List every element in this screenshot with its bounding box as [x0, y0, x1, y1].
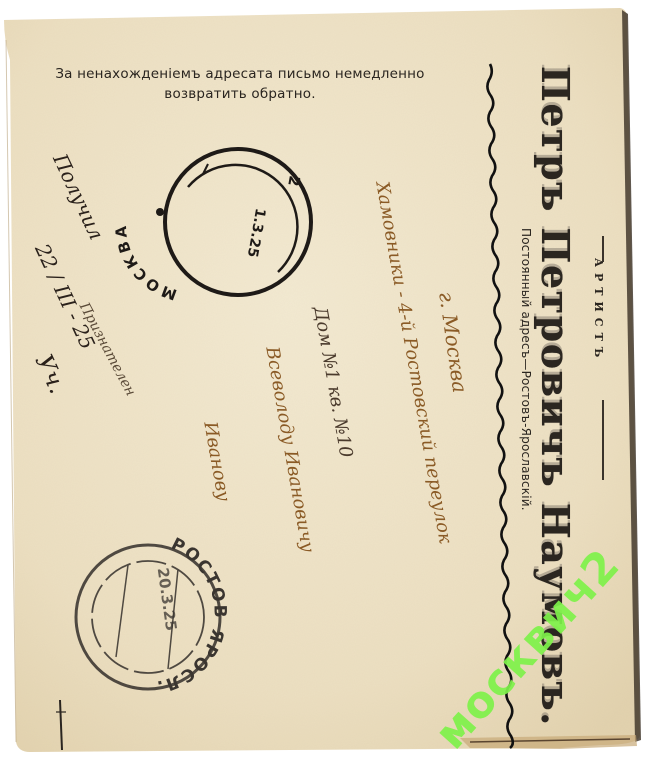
rostov-postmark-date: 20.3.25 — [154, 567, 181, 632]
envelope: За ненахожденіемъ адресата письмо немедл… — [0, 0, 651, 768]
moscow-postmark-extra: 2 — [284, 174, 304, 187]
moscow-postmark-date: 1.3.25 — [244, 207, 268, 259]
moscow-postmark-ring-text: МОСКВА — [112, 222, 179, 303]
